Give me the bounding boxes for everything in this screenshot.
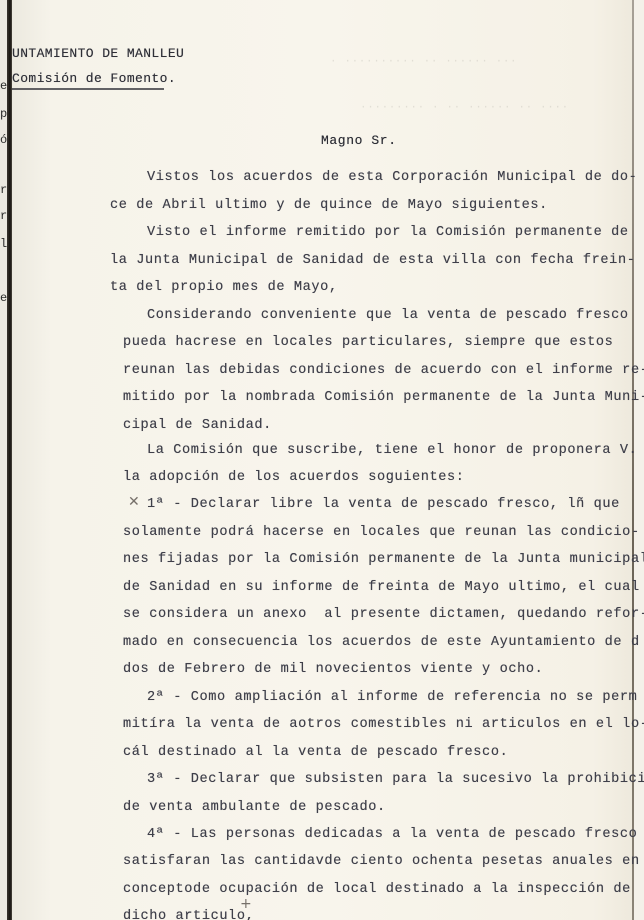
text-line: dicho articulo,: [123, 910, 254, 920]
text-line: la Junta Municipal de Sanidad de esta vi…: [110, 254, 635, 268]
text-line: cipal de Sanidad.: [123, 419, 272, 433]
text-line: de Sanidad en su informe de freinta de M…: [123, 581, 640, 595]
text-line: la adopción de los acuerdos soguientes:: [123, 471, 465, 485]
text-line: se considera un anexo al presente dictam…: [123, 608, 644, 622]
bleed-through-text: ········· · ·· ······ ·· ····: [360, 102, 569, 114]
text-line: 4ª - Las personas dedicadas a la venta d…: [147, 828, 637, 842]
bleed-through-text: · ·········· ·· ······ ···: [330, 56, 517, 68]
text-line: dos de Febrero de mil novecientos viente…: [123, 663, 543, 677]
text-line: reunan las debidas condiciones de acuerd…: [123, 364, 644, 378]
text-line: Considerando conveniente que la venta de…: [147, 309, 629, 323]
document-page: e p ó r r l e · ·········· ·· ······ ···…: [0, 0, 644, 920]
text-line: mitido por la nombrada Comisión permanen…: [123, 391, 644, 405]
text-line: 3ª - Declarar que subsisten para la suce…: [147, 773, 644, 787]
text-line: pueda hacrese en locales particulares, s…: [123, 336, 613, 350]
text-line: satisfaran las cantidavde ciento ochenta…: [123, 855, 640, 869]
text-line: ce de Abril ultimo y de quince de Mayo s…: [110, 199, 548, 213]
pen-cross-mark-icon: +: [240, 896, 252, 912]
text-line: 2ª - Como ampliación al informe de refer…: [147, 691, 637, 705]
pen-cross-mark-icon: ✕: [128, 494, 140, 510]
department-header: Comisión de Fomento.: [12, 72, 176, 85]
text-line: nes fijadas por la Comisión permanente d…: [123, 553, 644, 567]
text-line: ta del propio mes de Mayo,: [110, 281, 338, 295]
prev-page-letter: ó: [0, 134, 7, 146]
text-line: Vistos los acuerdos de esta Corporación …: [147, 171, 637, 185]
prev-page-letter: r: [0, 184, 7, 196]
prev-page-letter: e: [0, 292, 7, 304]
prev-page-letter: r: [0, 210, 7, 222]
prev-page-letter: l: [0, 238, 7, 250]
organization-header: UNTAMIENTO DE MANLLEU: [12, 47, 184, 60]
header-underline: [12, 88, 164, 90]
text-line: de venta ambulante de pescado.: [123, 801, 386, 815]
text-line: mado en consecuencia los acuerdos de est…: [123, 636, 640, 650]
text-line: conceptode ocupación de local destinado …: [123, 883, 631, 897]
text-line: 1ª - Declarar libre la venta de pescado …: [147, 498, 620, 512]
binding-shadow: [7, 0, 12, 920]
prev-page-letter: e: [0, 80, 7, 92]
prev-page-letter: p: [0, 108, 7, 120]
text-line: La Comisión que suscribe, tiene el honor…: [147, 444, 637, 458]
text-line: Visto el informe remitido por la Comisió…: [147, 226, 629, 240]
salutation: Magno Sr.: [321, 134, 397, 147]
text-line: cál destinado al la venta de pescado fre…: [123, 746, 508, 760]
text-line: solamente podrá hacerse en locales que r…: [123, 526, 640, 540]
text-line: mitíra la venta de aotros comestibles ni…: [123, 718, 644, 732]
